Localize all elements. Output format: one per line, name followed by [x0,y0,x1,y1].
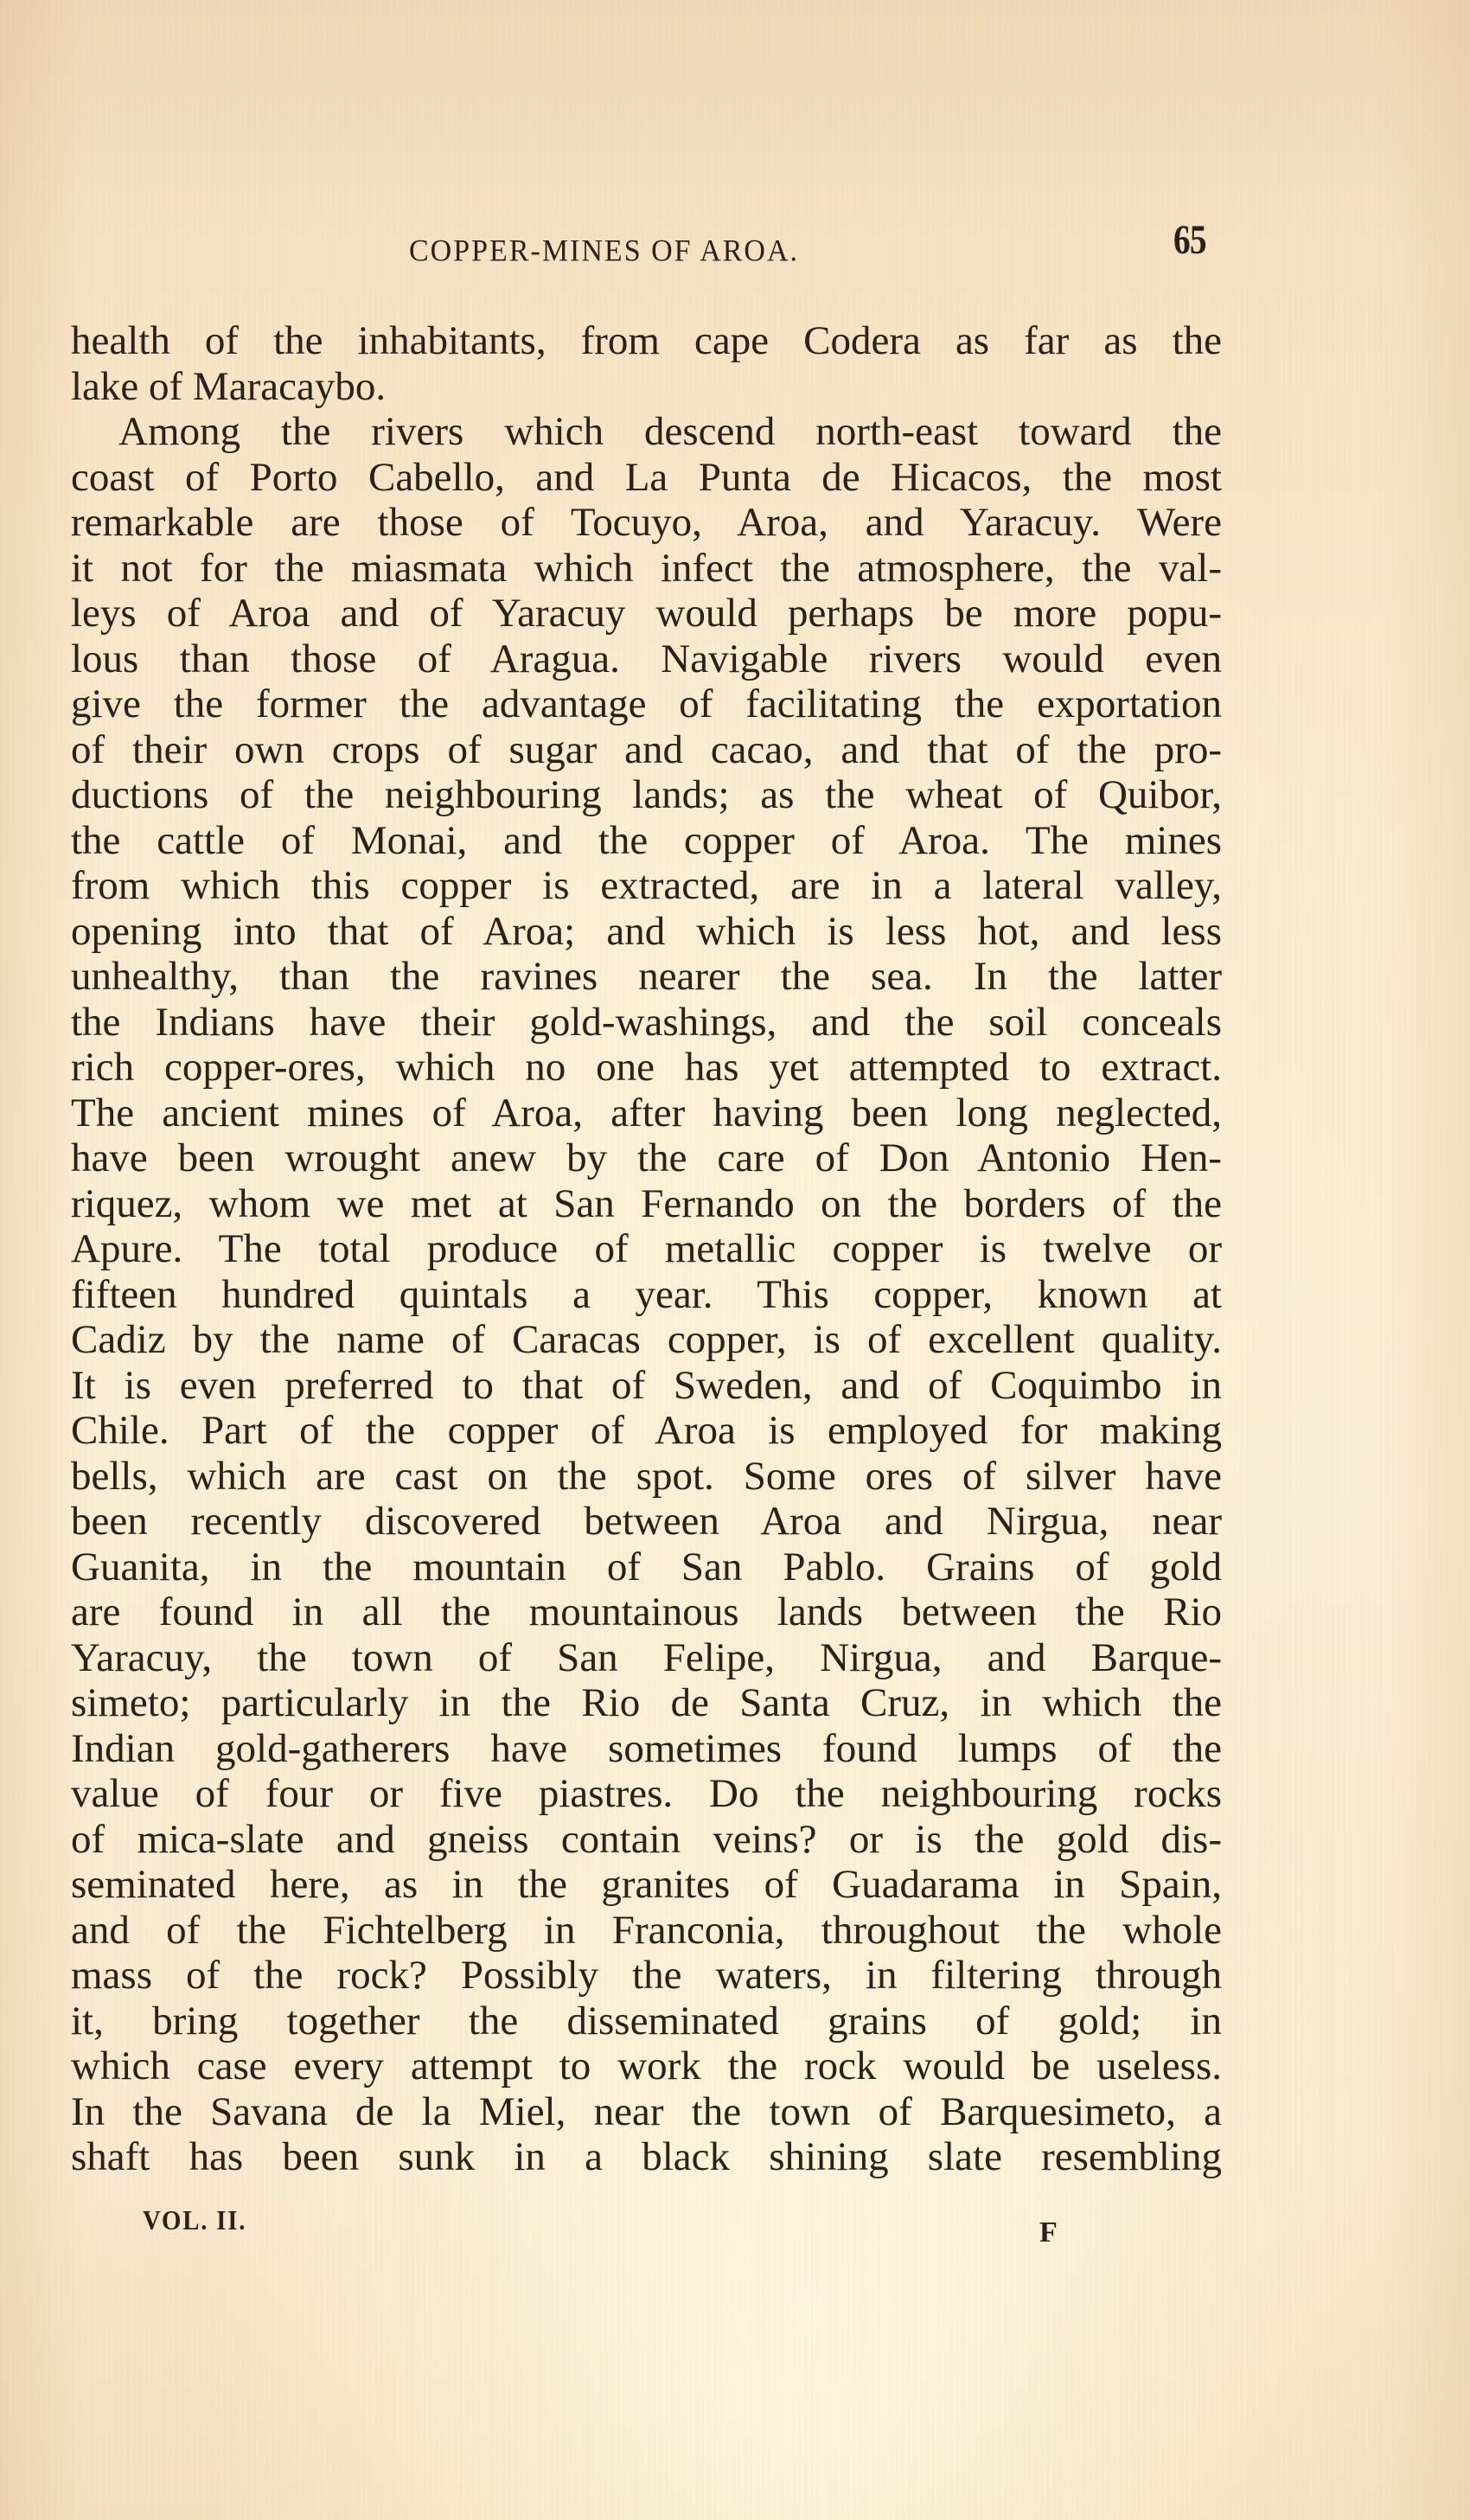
volume-signature: VOL. II. [143,2205,246,2235]
text-line: are found in all the mountainous lands b… [71,1589,1222,1635]
text-line: opening into that of Aroa; and which is … [71,909,1222,955]
text-line: fifteen hundred quintals a year. This co… [71,1272,1222,1318]
text-line: riquez, whom we met at San Fernando on t… [71,1181,1222,1227]
running-head: COPPER-MINES OF AROA. [409,233,799,270]
page-number: 65 [1173,220,1206,261]
text-line: leys of Aroa and of Yaracuy would perhap… [71,591,1222,636]
text-line: the cattle of Monai, and the copper of A… [71,818,1222,864]
text-line: rich copper-ores, which no one has yet a… [71,1045,1222,1091]
text-line: Chile. Part of the copper of Aroa is emp… [71,1408,1222,1454]
text-line: It is even preferred to that of Sweden, … [71,1363,1222,1409]
text-line: remarkable are those of Tocuyo, Aroa, an… [71,500,1222,546]
gathering-signature-mark: F [1039,2217,1058,2248]
text-line: been recently discovered between Aroa an… [71,1499,1222,1545]
text-line: which case every attempt to work the roc… [71,2044,1222,2089]
text-line: seminated here, as in the granites of Gu… [71,1862,1222,1908]
text-line: it, bring together the disseminated grai… [71,1999,1222,2044]
text-line: lake of Maracaybo. [71,364,1222,410]
text-line: give the former the advantage of facilit… [71,681,1222,727]
text-line: from which this copper is extracted, are… [71,863,1222,909]
text-line: of mica-slate and gneiss contain veins? … [71,1817,1222,1863]
text-line: and of the Fichtelberg in Franconia, thr… [71,1908,1222,1954]
text-line: Yaracuy, the town of San Felipe, Nirgua,… [71,1635,1222,1681]
text-line: Guanita, in the mountain of San Pablo. G… [71,1545,1222,1590]
text-line: health of the inhabitants, from cape Cod… [71,318,1222,364]
text-line: Indian gold-gatherers have sometimes fou… [71,1726,1222,1772]
text-line: lous than those of Aragua. Navigable riv… [71,636,1222,682]
text-line: In the Savana de la Miel, near the town … [71,2089,1222,2135]
text-line: bells, which are cast on the spot. Some … [71,1454,1222,1500]
text-line: of their own crops of sugar and cacao, a… [71,727,1222,773]
text-line: simeto; particularly in the Rio de Santa… [71,1680,1222,1726]
text-line: The ancient mines of Aroa, after having … [71,1091,1222,1136]
paragraph-start-line: Among the rivers which descend north-eas… [71,409,1222,455]
text-line: have been wrought anew by the care of Do… [71,1135,1222,1181]
text-line: value of four or five piastres. Do the n… [71,1771,1222,1817]
text-line: unhealthy, than the ravines nearer the s… [71,954,1222,1000]
text-line: Cadiz by the name of Caracas copper, is … [71,1317,1222,1363]
text-line: the Indians have their gold-washings, an… [71,1000,1222,1046]
text-line: Apure. The total produce of metallic cop… [71,1226,1222,1272]
text-line: coast of Porto Cabello, and La Punta de … [71,455,1222,501]
body-text: health of the inhabitants, from cape Cod… [71,318,1222,2180]
text-line: it not for the miasmata which infect the… [71,546,1222,592]
text-line: mass of the rock? Possibly the waters, i… [71,1953,1222,1999]
text-line: shaft has been sunk in a black shining s… [71,2134,1222,2180]
text-line: ductions of the neighbouring lands; as t… [71,772,1222,818]
